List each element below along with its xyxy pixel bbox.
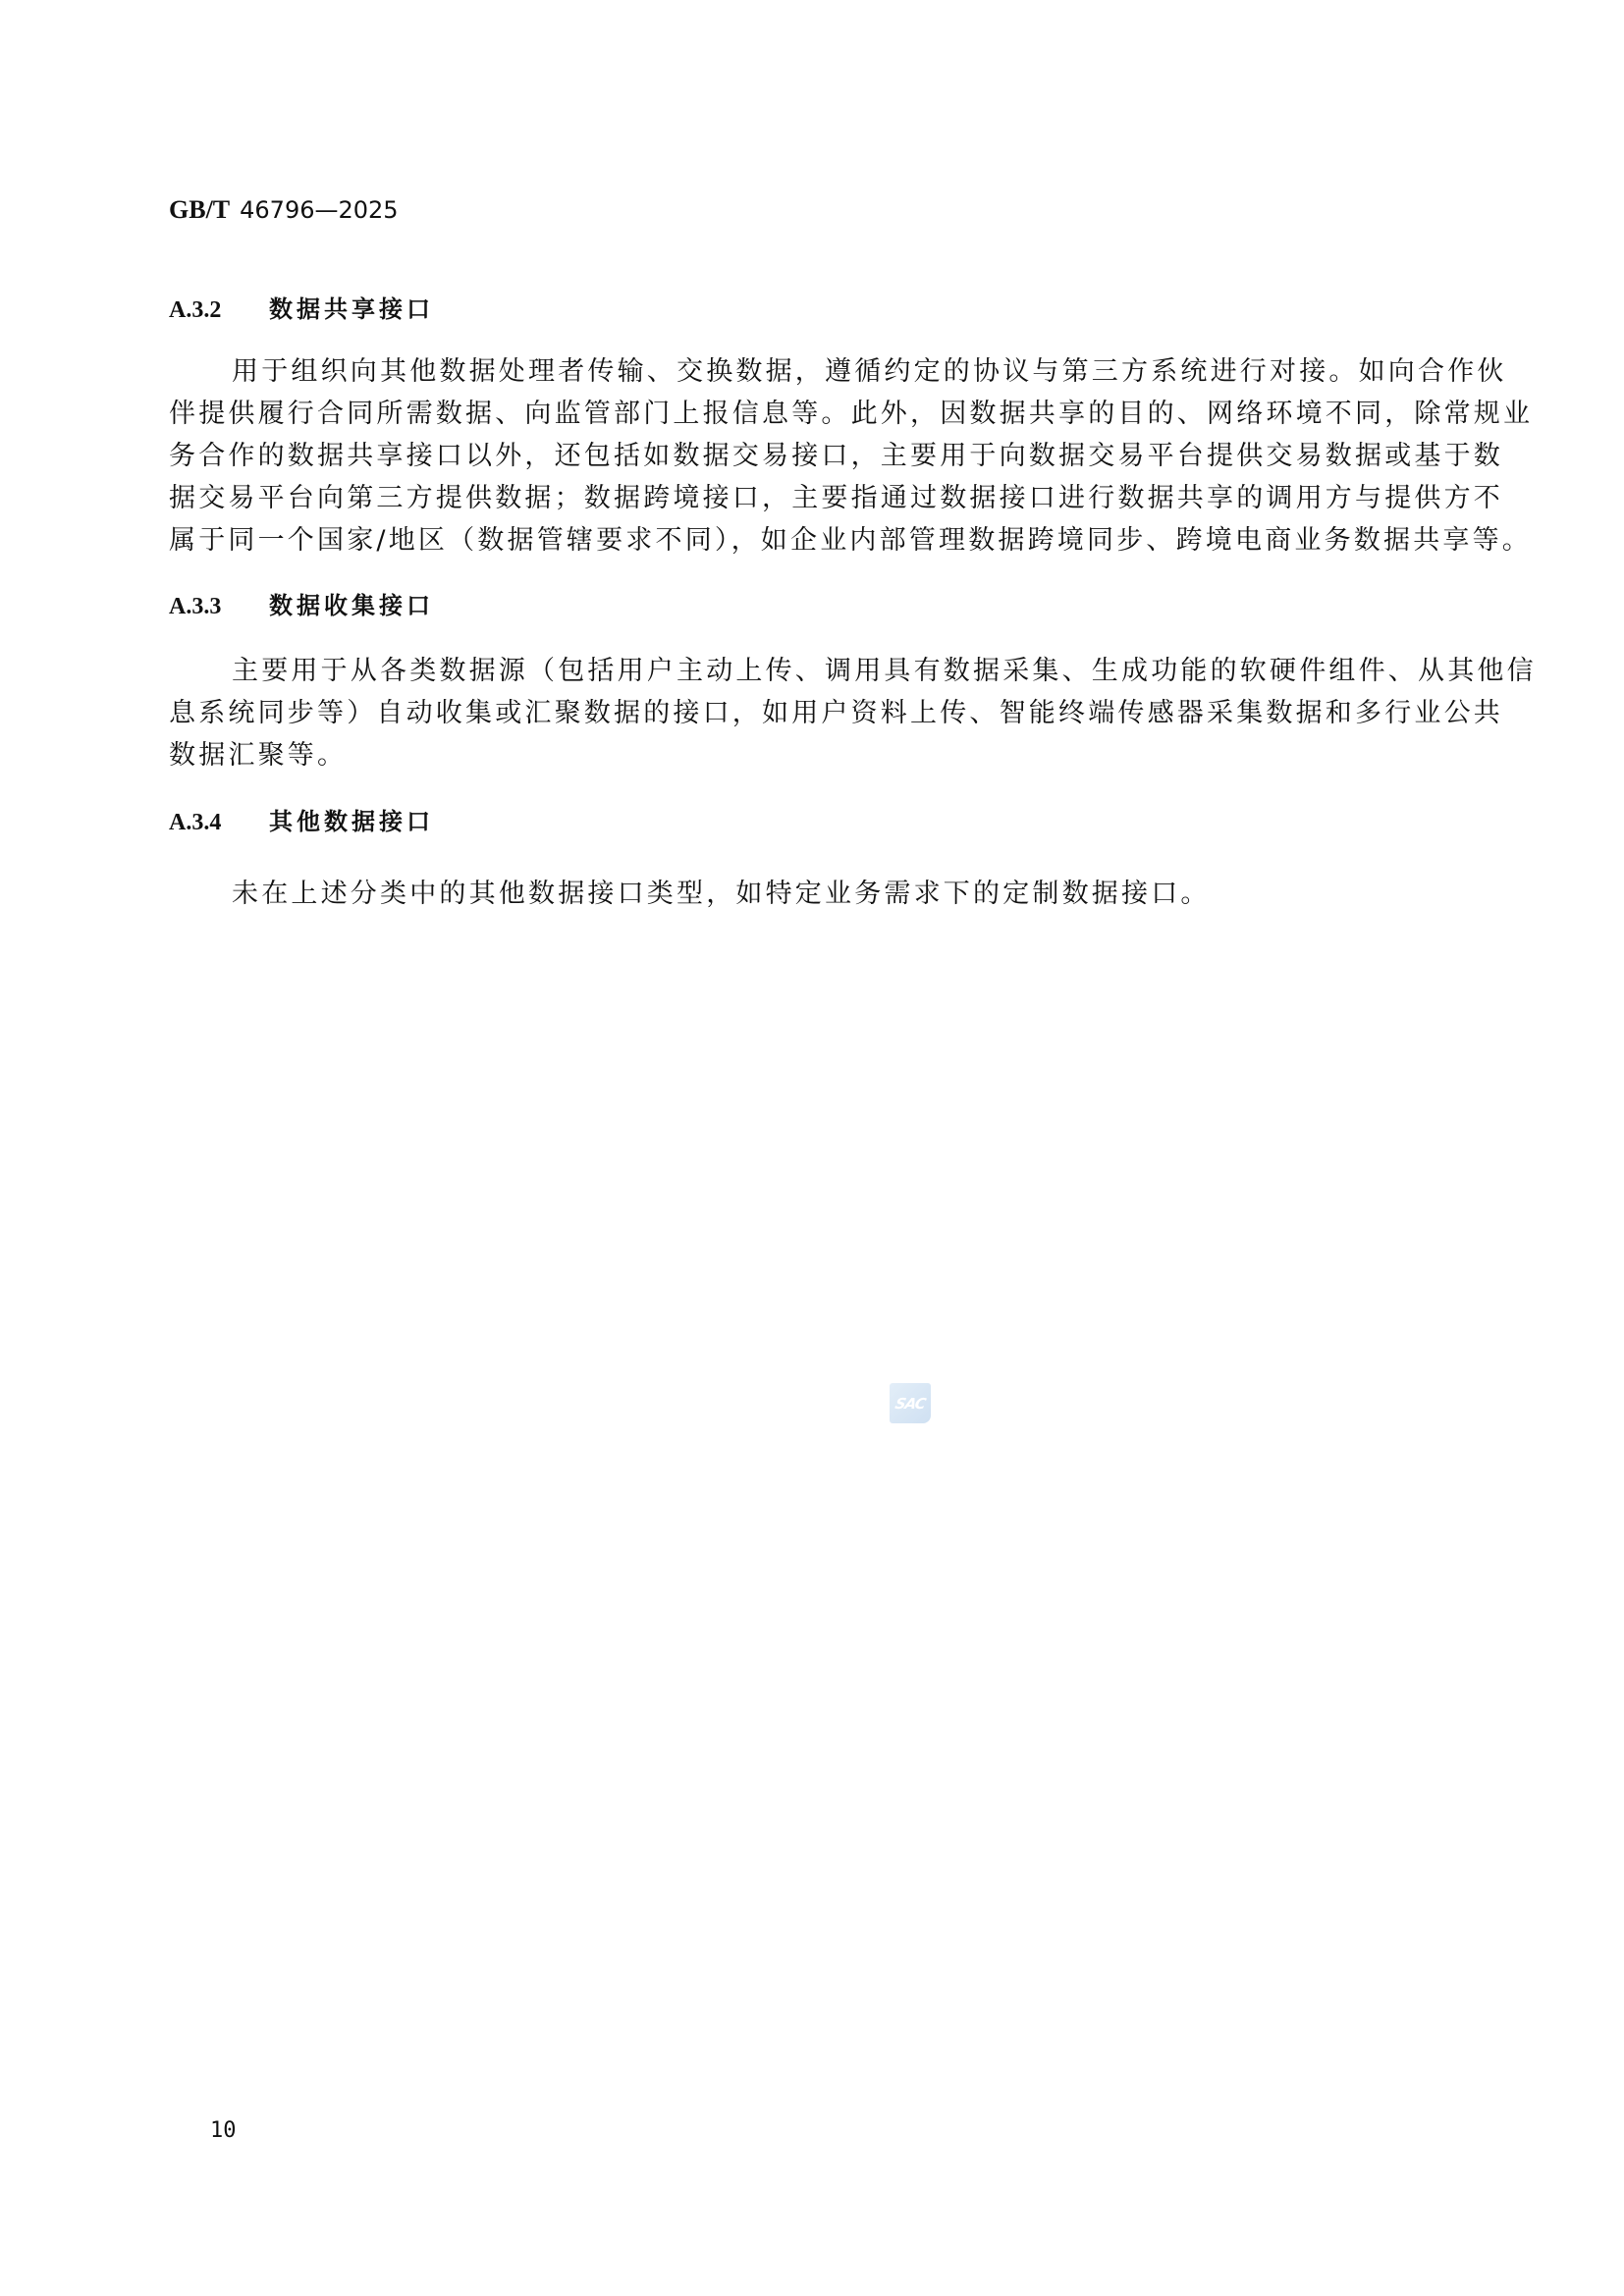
standard-number: 46796—2025 <box>240 196 398 224</box>
document-header: GB/T46796—2025 <box>169 196 399 224</box>
standard-prefix: GB/T <box>169 195 230 224</box>
section-heading-a32: A.3.2数据共享接口 <box>169 294 434 325</box>
sac-logo-icon: SAC <box>890 1383 931 1423</box>
paragraph-line: 主要用于从各类数据源（包括用户主动上传、调用具有数据采集、生成功能的软硬件组件、… <box>169 650 1432 692</box>
section-title: 其他数据接口 <box>269 808 434 835</box>
watermark-text: SAC <box>893 1395 927 1413</box>
paragraph-line: 伴提供履行合同所需数据、向监管部门上报信息等。此外，因数据共享的目的、网络环境不… <box>169 393 1432 435</box>
section-title: 数据共享接口 <box>269 295 434 323</box>
section-heading-a34: A.3.4其他数据接口 <box>169 807 434 837</box>
section-heading-a33: A.3.3数据收集接口 <box>169 591 434 621</box>
paragraph-line: 未在上述分类中的其他数据接口类型，如特定业务需求下的定制数据接口。 <box>169 873 1432 915</box>
paragraph-line: 数据汇聚等。 <box>169 734 1432 776</box>
section-number: A.3.3 <box>169 592 269 621</box>
paragraph-line: 息系统同步等）自动收集或汇聚数据的接口，如用户资料上传、智能终端传感器采集数据和… <box>169 692 1432 734</box>
paragraph-line: 用于组织向其他数据处理者传输、交换数据，遵循约定的协议与第三方系统进行对接。如向… <box>169 350 1432 393</box>
paragraph-line: 务合作的数据共享接口以外，还包括如数据交易接口，主要用于向数据交易平台提供交易数… <box>169 435 1432 477</box>
page-number: 10 <box>210 2118 237 2144</box>
section-number: A.3.4 <box>169 808 269 837</box>
section-paragraph-a32: 用于组织向其他数据处理者传输、交换数据，遵循约定的协议与第三方系统进行对接。如向… <box>169 350 1432 561</box>
section-title: 数据收集接口 <box>269 592 434 619</box>
paragraph-line: 据交易平台向第三方提供数据；数据跨境接口，主要指通过数据接口进行数据共享的调用方… <box>169 477 1432 519</box>
paragraph-line: 属于同一个国家/地区（数据管辖要求不同），如企业内部管理数据跨境同步、跨境电商业… <box>169 519 1432 561</box>
section-paragraph-a34: 未在上述分类中的其他数据接口类型，如特定业务需求下的定制数据接口。 <box>169 873 1432 915</box>
section-number: A.3.2 <box>169 295 269 325</box>
section-paragraph-a33: 主要用于从各类数据源（包括用户主动上传、调用具有数据采集、生成功能的软硬件组件、… <box>169 650 1432 776</box>
